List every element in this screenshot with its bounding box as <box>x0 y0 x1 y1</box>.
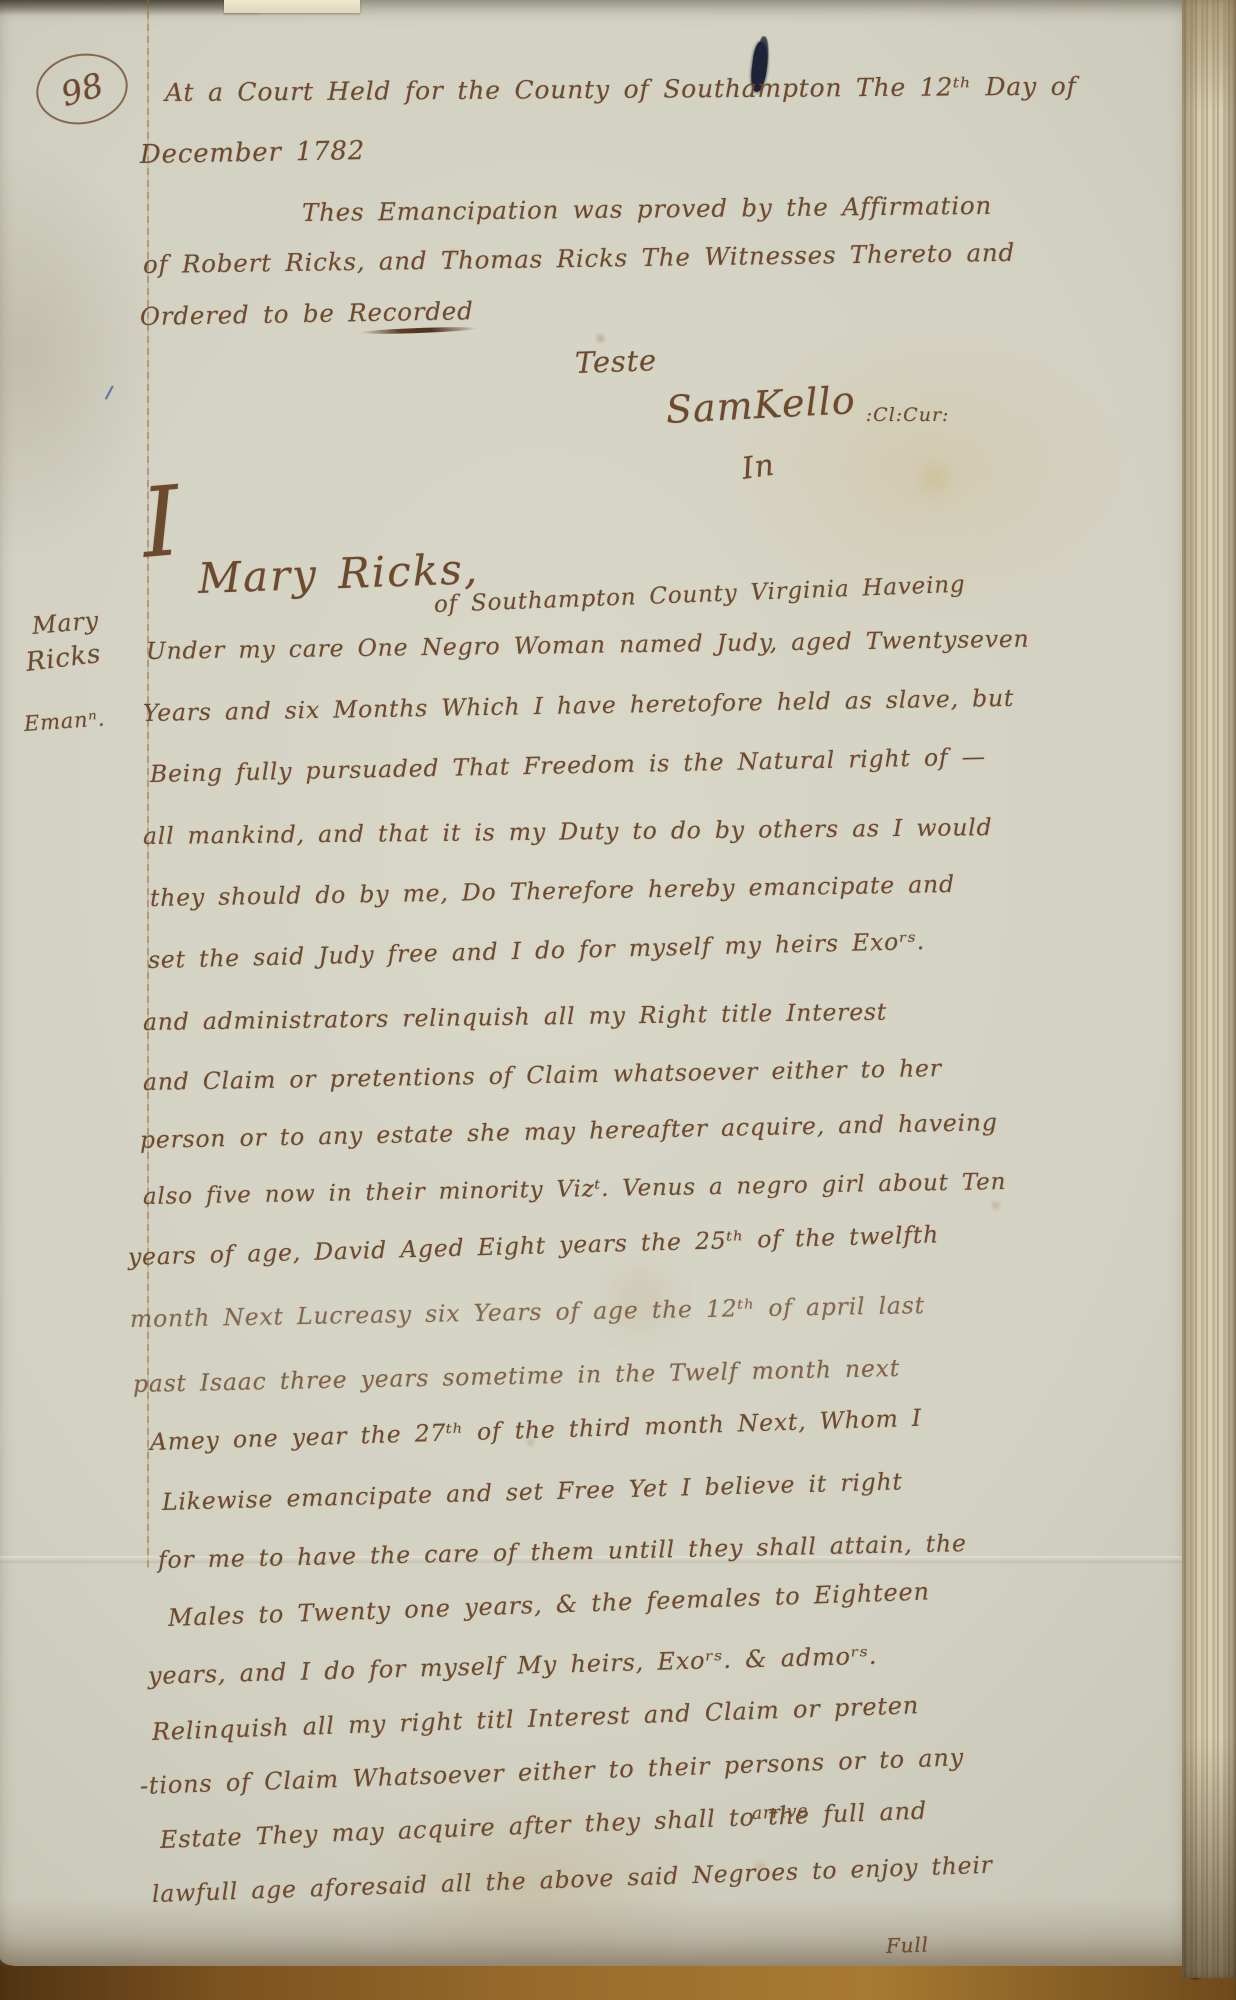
paper-fragment <box>224 0 360 13</box>
header-line-3: Thes Emancipation was proved by the Affi… <box>302 191 992 227</box>
margin-note-line: Mary <box>31 606 100 640</box>
body-line: Relinquish all my right titl Interest an… <box>152 1691 920 1746</box>
body-line: Being fully pursuaded That Freedom is th… <box>150 742 987 788</box>
blue-ink-mark <box>105 385 117 401</box>
body-line: years, and I do for myself My heirs, Exo… <box>148 1642 878 1690</box>
margin-note-line: Emanⁿ. <box>23 706 106 736</box>
body-line: years of age, David Aged Eight years the… <box>128 1220 940 1271</box>
header-line-5: Ordered to be Recorded <box>140 296 474 331</box>
header-line-4: of Robert Ricks, and Thomas Ricks The Wi… <box>143 238 1015 279</box>
header-line-2: December 1782 <box>140 136 366 170</box>
page-number: 98 <box>31 47 134 132</box>
body-line: Years and six Months Which I have hereto… <box>143 684 1015 727</box>
body-line: Likewise emancipate and set Free Yet I b… <box>162 1467 903 1516</box>
bottom-page-shadow <box>0 1898 1184 1966</box>
body-line: and Claim or pretentions of Claim whatso… <box>143 1054 942 1096</box>
margin-note-line: Ricks <box>24 639 103 678</box>
catchword: Full <box>886 1933 930 1958</box>
body-line: person or to any estate she may hereafte… <box>140 1108 998 1154</box>
foxing-spots <box>0 0 1 1</box>
body-line: all mankind, and that it is my Duty to d… <box>143 813 993 850</box>
book-page-edges <box>1182 0 1236 1978</box>
body-line: month Next Lucreasy six Years of age the… <box>130 1291 925 1333</box>
body-line: Males to Twenty one years, & the feemale… <box>168 1577 931 1632</box>
clerk-signature: SamKello <box>665 378 857 432</box>
inserted-word: arrive <box>751 1801 808 1824</box>
body-line: past Isaac three years sometime in the T… <box>133 1354 900 1398</box>
body-line: for me to have the care of them untill t… <box>158 1529 967 1574</box>
body-initial: I <box>137 465 185 580</box>
body-line: and administrators relinquish all my Rig… <box>143 998 887 1036</box>
body-line: -tions of Claim Whatsoever either to the… <box>140 1743 965 1800</box>
body-line: Amey one year the 27ᵗʰ of the third mont… <box>150 1404 923 1456</box>
manuscript-scan: 98 At a Court Held for the County of Sou… <box>0 0 1236 2000</box>
body-line: also five now in their minority Vizᵗ. Ve… <box>143 1169 1007 1210</box>
page-number-text: 98 <box>56 64 107 113</box>
clerk-title: :Cl:Cur: <box>866 388 950 426</box>
body-line: Estate They may acquire after they shall… <box>159 1797 927 1854</box>
body-line: set the said Judy free and I do for myse… <box>148 927 926 974</box>
margin-rule-line <box>147 0 149 1568</box>
clerk-attestation: SamKello :Cl:Cur: <box>666 388 949 432</box>
flourish-dash <box>360 326 478 335</box>
body-line: they should do by me, Do Therefore hereb… <box>150 870 955 912</box>
manuscript-page: 98 At a Court Held for the County of Sou… <box>0 0 1184 1966</box>
body-line: Under my care One Negro Woman named Judy… <box>146 625 1030 665</box>
body-line: of Southampton County Virginia Haveing <box>434 572 966 618</box>
teste-label: Teste <box>574 343 657 380</box>
top-edge-shadow <box>0 0 260 16</box>
header-line-1: At a Court Held for the County of Southa… <box>165 72 1077 107</box>
signature-flourish: In <box>740 448 777 487</box>
